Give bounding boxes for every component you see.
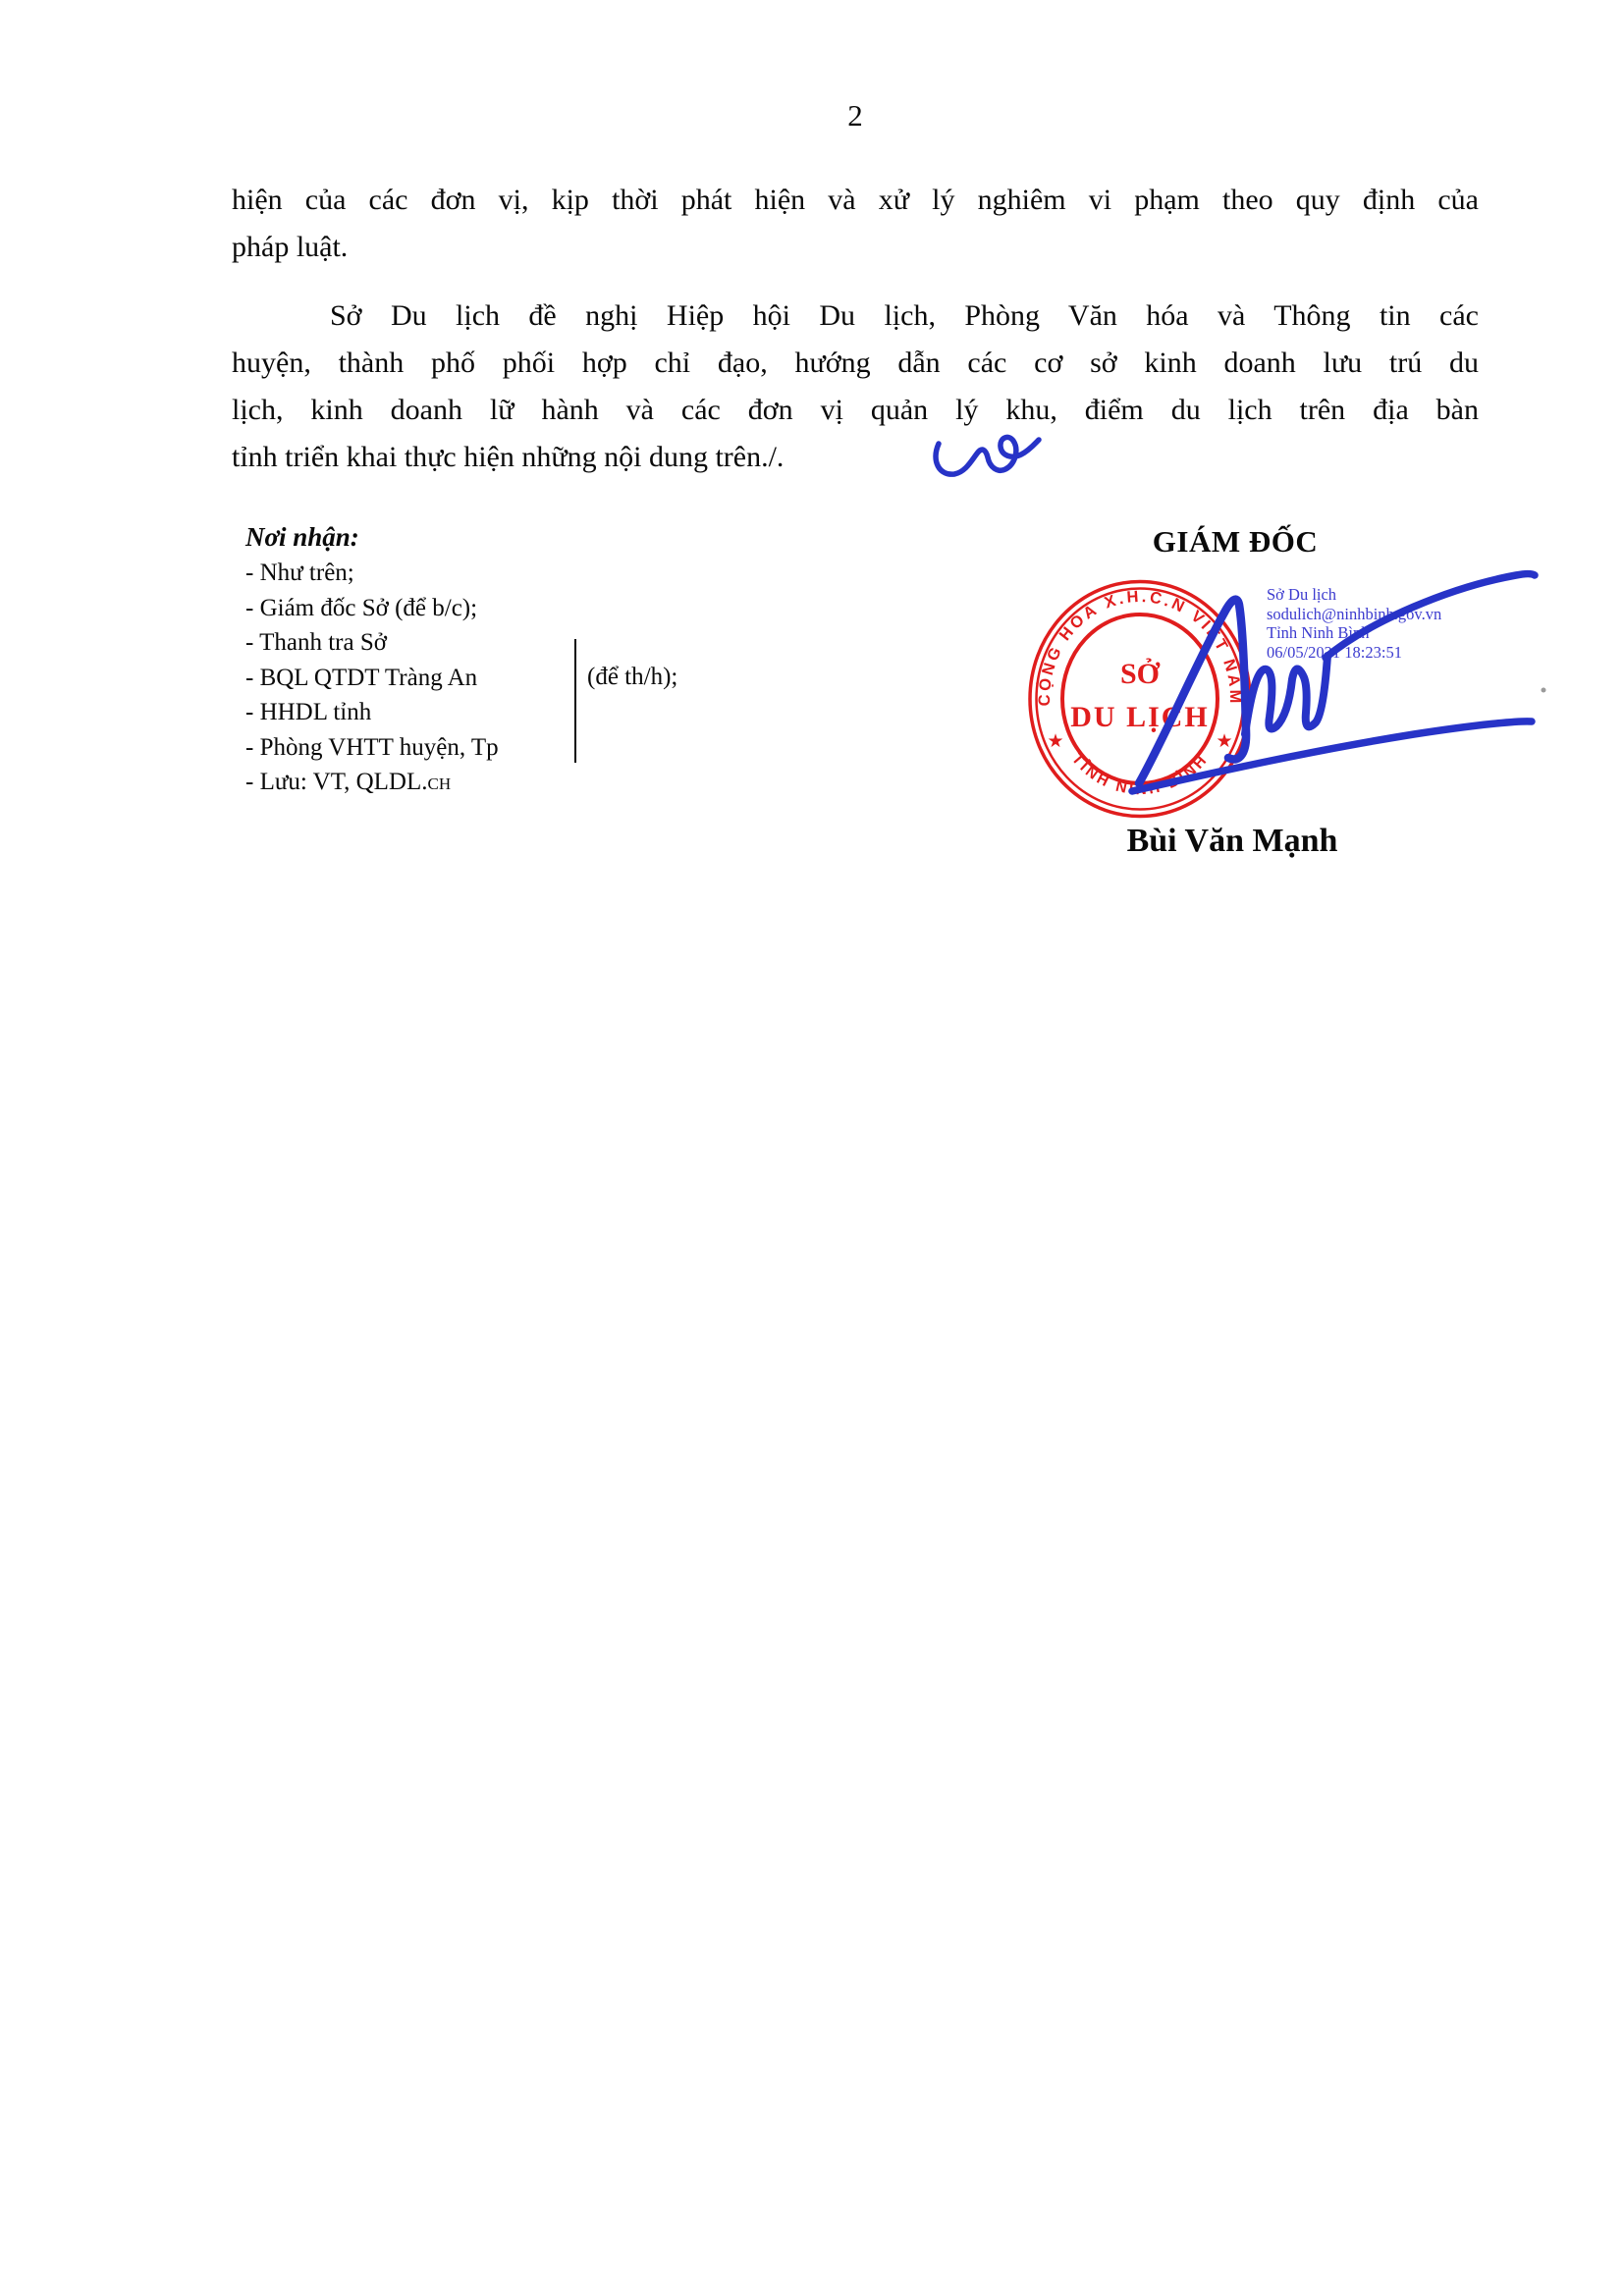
recipient-item: - BQL QTDT Tràng An (245, 661, 499, 696)
stamp-top-arc-text: CỘNG HOÀ X.H.C.N VIỆT NAM (1035, 588, 1244, 707)
recipient-item: - Phòng VHTT huyện, Tp (245, 730, 499, 766)
recipients-bracket-line (574, 639, 576, 763)
handwritten-signature (936, 437, 1535, 791)
stamp-top-arc-textpath: CỘNG HOÀ X.H.C.N VIỆT NAM (1035, 588, 1244, 707)
stamp-bottom-arc-textpath: TỈNH NINH BÌNH (1068, 751, 1212, 798)
recipients-bracket-note: (để th/h); (587, 664, 677, 691)
recipient-item-last-text: - Lưu: VT, QLDL. (245, 769, 428, 795)
body-paragraph-1: hiện của các đơn vị, kịp thời phát hiện … (232, 177, 1479, 271)
recipient-item: - Như trên; (245, 556, 499, 591)
document-page: 2 hiện của các đơn vị, kịp thời phát hiệ… (0, 0, 1624, 2296)
paragraph-line: pháp luật. (232, 224, 1479, 271)
paragraph-line: tỉnh triển khai thực hiện những nội dung… (232, 434, 1479, 481)
paragraph-line: hiện của các đơn vị, kịp thời phát hiện … (232, 177, 1479, 224)
scan-speck (1542, 688, 1546, 693)
signer-name: Bùi Văn Mạnh (1070, 823, 1394, 860)
signature-bottom-sweep-stroke (1132, 721, 1532, 791)
stamp-star-left-icon: ★ (1047, 731, 1063, 752)
recipient-item-last-suffix: CH (428, 774, 452, 793)
recipient-item-last: - Lưu: VT, QLDL.CH (245, 765, 499, 802)
recipient-item: - Giám đốc Sở (để b/c); (245, 591, 499, 626)
stamp-inner-ring (1062, 614, 1218, 783)
recipient-item: - HHDL tỉnh (245, 695, 499, 730)
stamp-center-line2: DU LỊCH (1070, 701, 1210, 733)
signature-zigzag-stroke (1245, 656, 1327, 734)
body-paragraph-2: Sở Du lịch đề nghị Hiệp hội Du lịch, Phò… (232, 293, 1479, 481)
official-stamp (1030, 582, 1250, 817)
digital-signature-timestamp: 06/05/2021 18:23:51 (1267, 643, 1441, 663)
digital-signature-email: sodulich@ninhbinh.gov.vn (1267, 605, 1441, 624)
digital-signature-info: Sở Du lịch sodulich@ninhbinh.gov.vn Tỉnh… (1267, 585, 1441, 662)
digital-signature-province: Tỉnh Ninh Bình (1267, 623, 1441, 643)
recipients-list: - Như trên; - Giám đốc Sở (để b/c); - Th… (245, 556, 499, 802)
stamp-star-right-icon: ★ (1216, 731, 1232, 752)
recipients-heading: Nơi nhận: (245, 522, 359, 553)
page-number: 2 (232, 98, 1479, 133)
paragraph-line: lịch, kinh doanh lữ hành và các đơn vị q… (232, 387, 1479, 434)
digital-signature-org: Sở Du lịch (1267, 585, 1441, 605)
stamp-mid-ring (1037, 589, 1244, 810)
paragraph-line: huyện, thành phố phối hợp chỉ đạo, hướng… (232, 340, 1479, 387)
recipient-item: - Thanh tra Sở (245, 625, 499, 661)
paragraph-line: Sở Du lịch đề nghị Hiệp hội Du lịch, Phò… (232, 293, 1479, 340)
stamp-outer-ring (1030, 582, 1250, 817)
stamp-bottom-arc-text: TỈNH NINH BÌNH (1068, 751, 1212, 798)
signature-main-stroke (1139, 600, 1246, 783)
stamp-center-line1: SỞ (1120, 658, 1161, 690)
signer-title: GIÁM ĐỐC (1078, 524, 1392, 560)
